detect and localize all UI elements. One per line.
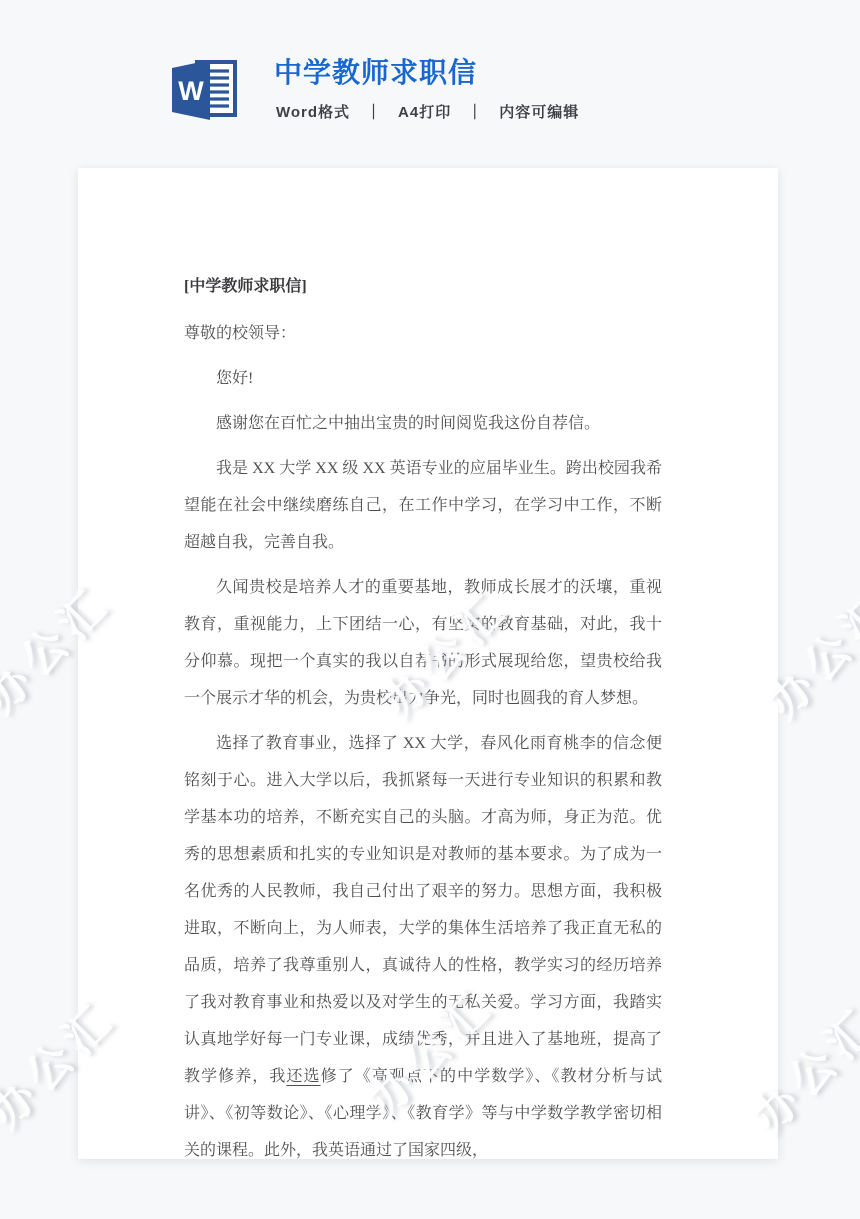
document-heading: [中学教师求职信]	[184, 268, 662, 305]
paragraph-text: 选择了教育事业，选择了 XX 大学，春风化雨育桃李的信念便铭刻于心。进入大学以后…	[184, 735, 662, 1085]
svg-text:W: W	[178, 76, 204, 106]
page-canvas: W 中学教师求职信 Word格式 ｜ A4打印 ｜ 内容可编辑 [中学教师求职信…	[0, 0, 860, 1219]
paragraph: 您好!	[184, 360, 662, 397]
paragraph: 久闻贵校是培养人才的重要基地，教师成长展才的沃壤，重视教育，重视能力，上下团结一…	[184, 569, 662, 717]
paragraph: 选择了教育事业，选择了 XX 大学，春风化雨育桃李的信念便铭刻于心。进入大学以后…	[184, 725, 662, 1169]
paragraph-text: 感谢您在百忙之中抽出宝贵的时间阅览我这份自荐信。	[216, 415, 600, 432]
word-icon: W	[168, 56, 240, 124]
page-subtitle: Word格式 ｜ A4打印 ｜ 内容可编辑	[276, 103, 579, 123]
underlined-text: 还选	[286, 1068, 320, 1085]
paragraph: 感谢您在百忙之中抽出宝贵的时间阅览我这份自荐信。	[184, 405, 662, 442]
paragraph-text: 久闻贵校是培养人才的重要基地，教师成长展才的沃壤，重视教育，重视能力，上下团结一…	[184, 579, 662, 707]
document-salutation: 尊敬的校领导：	[184, 315, 662, 352]
paragraph-text: 您好!	[216, 370, 253, 387]
paragraph: 我是 XX 大学 XX 级 XX 英语专业的应届毕业生。跨出校园我希望能在社会中…	[184, 450, 662, 561]
paragraph-text: 我是 XX 大学 XX 级 XX 英语专业的应届毕业生。跨出校园我希望能在社会中…	[184, 460, 662, 551]
document-page: [中学教师求职信] 尊敬的校领导： 您好!感谢您在百忙之中抽出宝贵的时间阅览我这…	[78, 168, 778, 1159]
header: W 中学教师求职信 Word格式 ｜ A4打印 ｜ 内容可编辑	[0, 0, 860, 168]
document-content: [中学教师求职信] 尊敬的校领导： 您好!感谢您在百忙之中抽出宝贵的时间阅览我这…	[184, 268, 662, 1177]
document-paragraphs: 您好!感谢您在百忙之中抽出宝贵的时间阅览我这份自荐信。我是 XX 大学 XX 级…	[184, 360, 662, 1169]
page-title: 中学教师求职信	[274, 57, 477, 89]
